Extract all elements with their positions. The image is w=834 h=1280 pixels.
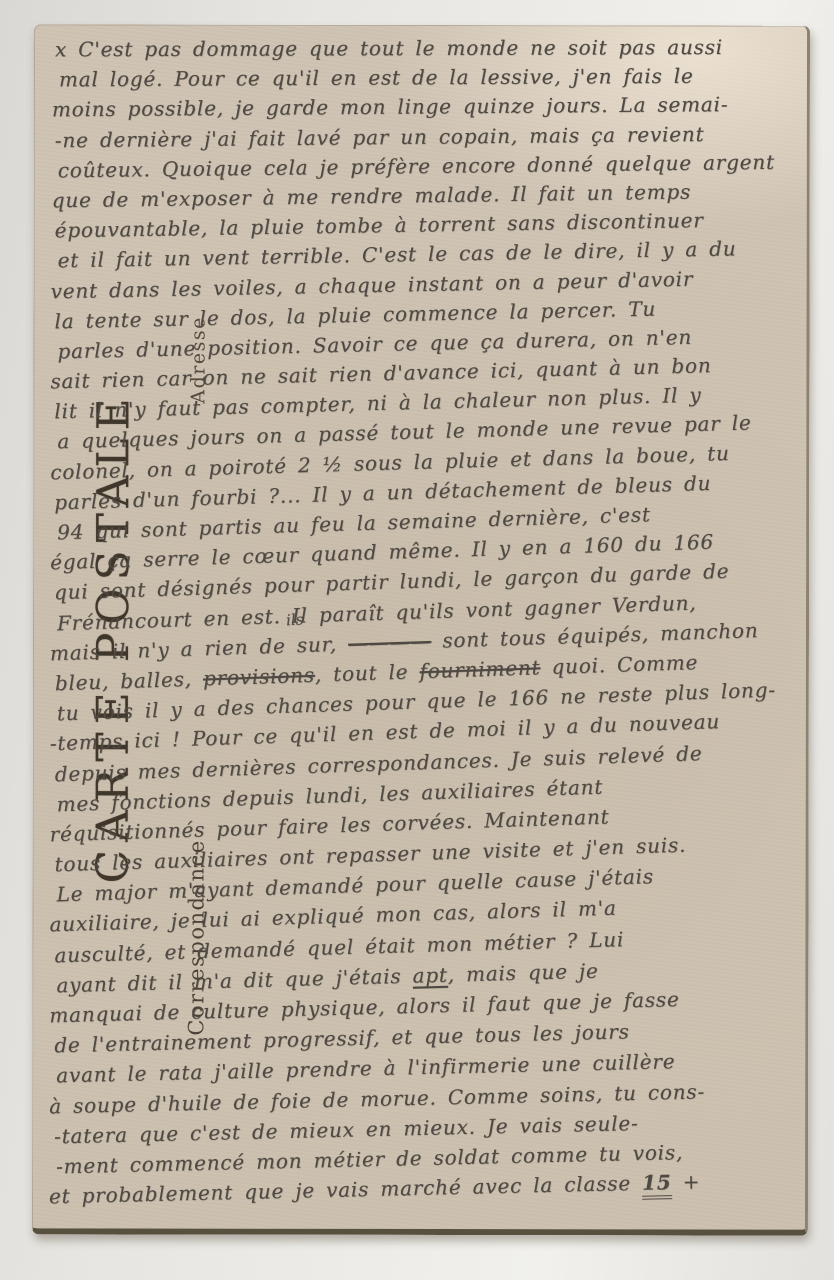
inserted-word-above-line: ils [285,610,303,629]
crossed-out-word: fourniment [419,655,541,683]
double-underlined-word: 15 [642,1170,672,1200]
underlined-word: apt [412,963,448,988]
handwritten-line: x C'est pas dommage que tout le monde ne… [55,32,803,65]
crossed-out-word: ———— [348,629,432,656]
postcard: CARTE POSTALE Correspondance Adresse x C… [32,24,810,1235]
crossed-out-word: provisions [202,663,315,691]
handwritten-message: x C'est pas dommage que tout le monde ne… [53,34,803,1229]
